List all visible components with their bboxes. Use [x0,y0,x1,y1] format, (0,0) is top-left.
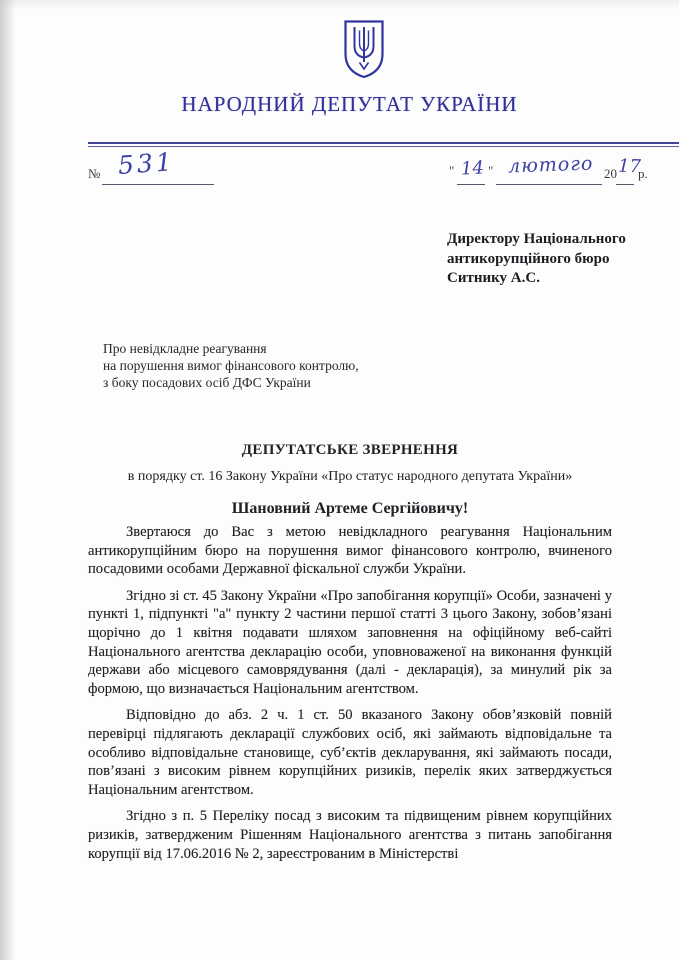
paragraph: Відповідно до абз. 2 ч. 1 ст. 50 вказано… [88,706,612,799]
tryzub-emblem-icon [341,18,387,80]
number-underline [102,184,214,185]
salutation: Шановний Артеме Сергійовичу! [88,500,612,518]
subject-block: Про невідкладне реагування на порушення … [103,341,359,391]
document-title: ДЕПУТАТСЬКЕ ЗВЕРНЕННЯ [88,442,612,459]
subject-line: Про невідкладне реагування [103,341,359,358]
day-underline [457,184,485,185]
letter-body: Звертаюся до Вас з метою невідкладного р… [88,523,612,871]
year-suffix: р. [638,166,648,182]
date-close-quote: " [488,163,493,179]
month-underline [496,184,602,185]
document-subtitle: в порядку ст. 16 Закону України «Про ста… [88,469,612,485]
handwritten-day: 14 [460,157,484,179]
subject-line: на порушення вимог фінансового контролю, [103,358,359,375]
addressee-line: антикорупційного бюро [447,250,626,270]
addressee-block: Директору Національного антикорупційного… [447,230,626,289]
scanned-letter-page: НАРОДНИЙ ДЕПУТАТ УКРАЇНИ № 531 " 14 " лю… [0,0,679,960]
year-prefix: 20 [604,166,617,182]
addressee-line: Директору Національного [447,230,626,250]
subject-line: з боку посадових осіб ДФС України [103,375,359,392]
addressee-line: Ситнику А.С. [447,269,626,289]
number-label: № [88,166,100,182]
year-underline [616,184,634,185]
handwritten-month: лютого [508,153,594,178]
paragraph: Звертаюся до Вас з метою невідкладного р… [88,523,612,579]
letterhead-title: НАРОДНИЙ ДЕПУТАТ УКРАЇНИ [78,92,621,117]
handwritten-number: 531 [117,147,176,180]
paragraph: Згідно зі ст. 45 Закону України «Про зап… [88,587,612,699]
separator-rule [88,142,679,147]
date-open-quote: " [449,163,454,179]
paragraph: Згідно з п. 5 Переліку посад з високим т… [88,807,612,863]
